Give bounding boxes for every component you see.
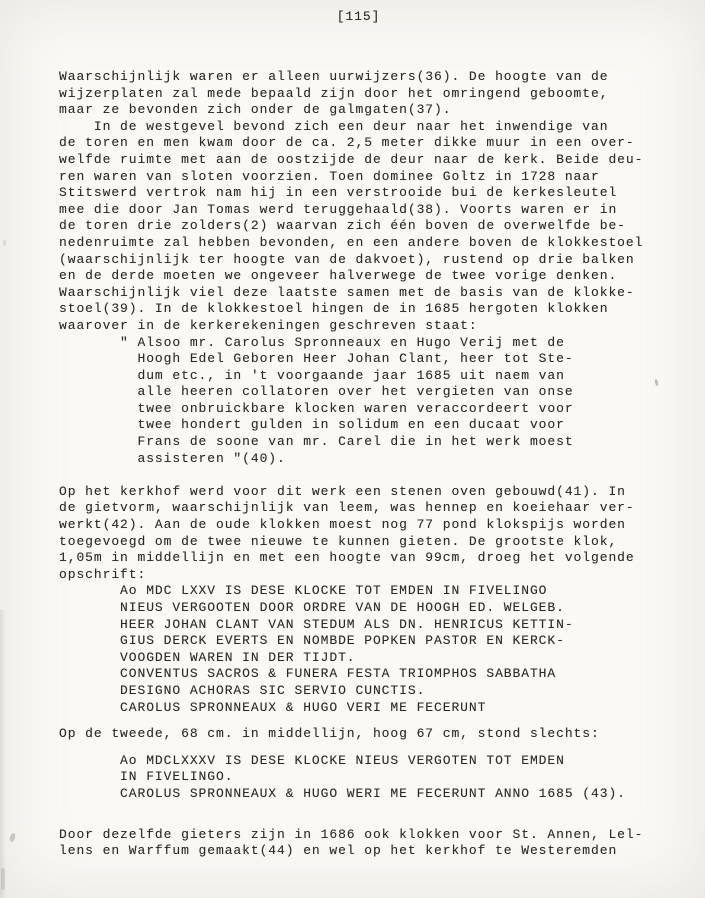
text-line: toegevoegd om de twee nieuwe te kunnen g… xyxy=(59,534,699,551)
text-line: CAROLUS SPRONNEAUX & HUGO VERI ME FECERU… xyxy=(59,700,699,717)
scan-smudge-left-edge xyxy=(0,610,6,898)
text-line: Door dezelfde gieters zijn in 1686 ook k… xyxy=(59,827,699,844)
text-line: nedenruimte zal hebben bevonden, en een … xyxy=(59,235,699,252)
text-line: Frans de soone van mr. Carel die in het … xyxy=(59,434,699,451)
text-line: opschrift: xyxy=(59,567,699,584)
text-line: Ao MDCLXXXV IS DESE KLOCKE NIEUS VERGOTE… xyxy=(59,753,699,770)
text-line: CONVENTUS SACROS & FUNERA FESTA TRIOMPHO… xyxy=(59,666,699,683)
text-line: " Alsoo mr. Carolus Spronneaux en Hugo V… xyxy=(59,335,699,352)
text-line: Op het kerkhof werd voor dit werk een st… xyxy=(59,484,699,501)
scan-speck xyxy=(1,868,5,890)
paragraph-clock-faces: Waarschijnlijk waren er alleen uurwijzer… xyxy=(59,69,699,119)
text-line: Waarschijnlijk waren er alleen uurwijzer… xyxy=(59,69,699,86)
text-line: 1,05m in middellijn en met een hoogte va… xyxy=(59,550,699,567)
text-line: werkt(42). Aan de oude klokken moest nog… xyxy=(59,517,699,534)
text-line: lens en Warffum gemaakt(44) en wel op he… xyxy=(59,843,699,860)
text-line: VOOGDEN WAREN IN DER TIJDT. xyxy=(59,650,699,667)
text-line: dum etc., in 't voorgaande jaar 1685 uit… xyxy=(59,368,699,385)
bell-inscription-large-bell: Ao MDC LXXV IS DESE KLOCKE TOT EMDEN IN … xyxy=(59,583,699,716)
text-line: twee hondert gulden in solidum en een du… xyxy=(59,417,699,434)
paragraph-second-bell: Op de tweede, 68 cm. in middellijn, hoog… xyxy=(59,726,699,743)
paragraph-tower-interior: In de westgevel bevond zich een deur naa… xyxy=(59,119,699,335)
text-line: Waarschijnlijk viel deze laatste samen m… xyxy=(59,285,699,302)
text-line: CAROLUS SPRONNEAUX & HUGO WERI ME FECERU… xyxy=(59,786,699,803)
text-line: GIUS DERCK EVERTS EN NOMBDE POPKEN PASTO… xyxy=(59,633,699,650)
scan-speck xyxy=(9,832,17,842)
paragraph-casting-oven: Op het kerkhof werd voor dit werk een st… xyxy=(59,484,699,584)
text-line: de toren en men kwam door de ca. 2,5 met… xyxy=(59,135,699,152)
text-line: Stitswerd vertrok nam hij in een verstro… xyxy=(59,185,699,202)
text-line: DESIGNO ACHORAS SIC SERVIO CUNCTIS. xyxy=(59,683,699,700)
document-page: [115] Waarschijnlijk waren er alleen uur… xyxy=(0,0,705,898)
text-line: NIEUS VERGOOTEN DOOR ORDRE VAN DE HOOGH … xyxy=(59,600,699,617)
text-line: (waarschijnlijk ter hoogte van de dakvoe… xyxy=(59,252,699,269)
text-line: en de derde moeten we ongeveer halverweg… xyxy=(59,268,699,285)
text-line: Hoogh Edel Geboren Heer Johan Clant, hee… xyxy=(59,351,699,368)
text-line: Op de tweede, 68 cm. in middellijn, hoog… xyxy=(59,726,699,743)
page-number: [115] xyxy=(6,9,705,26)
text-line: de gietvorm, waarschijnlijk van leem, wa… xyxy=(59,500,699,517)
text-line: twee onbruickbare klocken waren veraccor… xyxy=(59,401,699,418)
text-line: In de westgevel bevond zich een deur naa… xyxy=(59,119,699,136)
text-line: alle heeren collatoren over het vergiete… xyxy=(59,384,699,401)
text-line: assisteren "(40). xyxy=(59,451,699,468)
text-line: HEER JOHAN CLANT VAN STEDUM ALS DN. HENR… xyxy=(59,617,699,634)
bell-inscription-second-bell: Ao MDCLXXXV IS DESE KLOCKE NIEUS VERGOTE… xyxy=(59,753,699,803)
text-line: ren waren van sloten voorzien. Toen domi… xyxy=(59,169,699,186)
text-line: mee die door Jan Tomas werd teruggehaald… xyxy=(59,202,699,219)
text-line: wijzerplaten zal mede bepaald zijn door … xyxy=(59,86,699,103)
scan-speck xyxy=(3,240,6,246)
text-line: maar ze bevonden zich onder de galmgaten… xyxy=(59,102,699,119)
page-body: Waarschijnlijk waren er alleen uurwijzer… xyxy=(59,69,699,860)
text-line: IN FIVELINGO. xyxy=(59,769,699,786)
text-line: stoel(39). In de klokkestoel hingen de i… xyxy=(59,301,699,318)
paragraph-other-bells: Door dezelfde gieters zijn in 1686 ook k… xyxy=(59,827,699,860)
blockquote-church-accounts: " Alsoo mr. Carolus Spronneaux en Hugo V… xyxy=(59,335,699,468)
text-line: welfde ruimte met aan de oostzijde de de… xyxy=(59,152,699,169)
text-line: de toren drie zolders(2) waarvan zich éé… xyxy=(59,218,699,235)
text-line: Ao MDC LXXV IS DESE KLOCKE TOT EMDEN IN … xyxy=(59,583,699,600)
text-line: waarover in de kerkerekeningen geschreve… xyxy=(59,318,699,335)
